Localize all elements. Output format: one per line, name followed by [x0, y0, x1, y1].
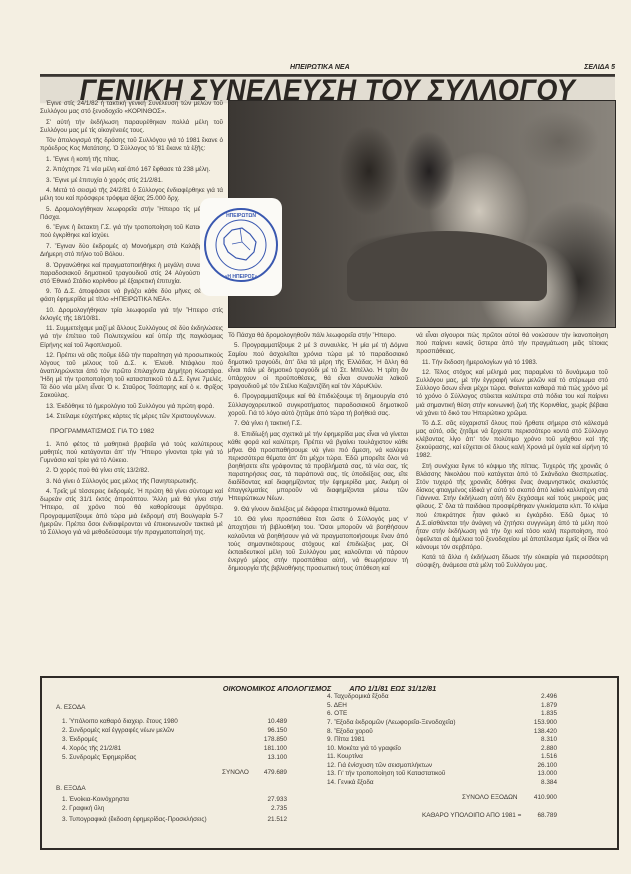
paragraph: Τόν ἀπολογισμό τῆς δράσης τοῦ Συλλόγου γ…	[40, 137, 223, 153]
report-title: ΟΙΚΟΝΟΜΙΚΟΣ ΑΠΟΛΟΓΙΣΜΟΣ	[223, 684, 331, 693]
expense-row: 9. Πίττα 1981 8.310	[327, 736, 557, 744]
article-column-2: Τό Πάσχα θά δρομολογηθοῦν πάλι λεωφορεῖα…	[228, 332, 408, 575]
list-item: 4. Μετά τό σεισμό τῆς 24/2/81 ὁ Σύλλογος…	[40, 187, 223, 203]
expense-row: 4. Ταχυδρομικά ἔξοδα 2.496	[327, 693, 557, 701]
list-item: 9. Θά γίνουν διαλέξεις μέ διάφορα ἐπιστη…	[228, 506, 408, 514]
expense-row: 13. Γι' τήν τροποποίηση τοῦ Καταστατικοῦ…	[327, 770, 557, 778]
income-row: 5. Συνδρομές Ἐφημερίδας 13.100	[62, 754, 287, 762]
list-item: 11. Τήν ἔκδοση ἡμερολογίων γιά τό 1983.	[416, 359, 608, 367]
list-item: 14. Στείλαμε εὐχετήριες κάρτες τίς μέρες…	[40, 413, 223, 421]
list-item: 8. Ἐπιδίωξή μας σχετικά μέ τήν ἐφημερίδα…	[228, 431, 408, 504]
list-item: 3. Ἔγινε μέ ἐπιτυχία ὁ χορός στίς 21/2/8…	[40, 177, 223, 185]
paragraph: Τό Δ.Σ. σᾶς εὐχαριστεῖ ὅλους πού ἤρθατε …	[416, 420, 608, 460]
financial-report-box: ΟΙΚΟΝΟΜΙΚΟΣ ΑΠΟΛΟΓΙΣΜΟΣ ΑΠΟ 1/1/81 ΕΩΣ 3…	[40, 676, 619, 850]
stamp-seal-icon: ΗΠΕΙΡΩΤΩΝ «Η ΗΠΕΙΡΟΣ»	[202, 206, 280, 284]
expense-row: 1. Ἐνοίκια-Κοινόχρηστα 27.933	[62, 796, 287, 804]
article-column-3: νά εἶναι σίγουροι πώς πρῶτοι αὐτοί θά νο…	[416, 332, 608, 573]
paragraph: Έγινε στίς 24/1/82 ή τακτική γενική Συνέ…	[40, 100, 223, 116]
list-item: 10. Δρομολογήθηκαν τρία λεωφορεῖα γιά τή…	[40, 307, 223, 323]
expense-row: 5. ΔΕΗ 1.879	[327, 702, 557, 710]
svg-text:ΗΠΕΙΡΩΤΩΝ: ΗΠΕΙΡΩΤΩΝ	[226, 213, 256, 219]
balance-row: ΚΑΘΑΡΟ ΥΠΟΛΟΙΠΟ ΑΠΟ 1981 = 68.789	[422, 812, 557, 820]
list-item: 9. Τό Δ.Σ. ἀποφάσισε νά βγάζει κάθε δύο …	[40, 288, 223, 304]
svg-text:«Η ΗΠΕΙΡΟΣ»: «Η ΗΠΕΙΡΟΣ»	[225, 274, 258, 280]
list-item: 1. Ἔγινε ἡ κοπή τῆς πίτας.	[40, 156, 223, 164]
list-item: 2. Ἀπόχτησε 71 νέα μέλη καί ἀπό 167 ἔφθα…	[40, 166, 223, 174]
expense-row: 10. Μοκέτα γιά τό γραφεῖο 2.880	[327, 745, 557, 753]
income-heading: Α. ΕΣΟΔΑ	[56, 704, 85, 711]
expense-row: 14. Γενικά ἔξοδα 8.384	[327, 779, 557, 787]
expense-row: 8. Ἔξοδα χοροῦ 138.420	[327, 728, 557, 736]
list-item: 11. Συμμετείχαμε μαζί μέ ἄλλους Συλλόγου…	[40, 325, 223, 349]
report-period: ΑΠΟ 1/1/81 ΕΩΣ 31/12/81	[349, 684, 436, 693]
paragraph: νά εἶναι σίγουροι πώς πρῶτοι αὐτοί θά νο…	[416, 332, 608, 356]
income-row: 2. Συνδρομές καί ἐγγραφές νέων μελῶν 96.…	[62, 727, 287, 735]
list-item: 5. Δρομολογήθηκαν λεωφορεῖα στήν Ἤπειρο …	[40, 206, 223, 222]
expense-row: 7. Ἔξοδα ἐκδρομῶν (Λεωφορεῖα-Ξενοδοχεῖα)…	[327, 719, 557, 727]
income-row: 3. Ἐκδρομές 178.850	[62, 736, 287, 744]
page-number: ΣΕΛΙΔΑ 5	[584, 64, 615, 71]
financial-report-title: ΟΙΚΟΝΟΜΙΚΟΣ ΑΠΟΛΟΓΙΣΜΟΣ ΑΠΟ 1/1/81 ΕΩΣ 3…	[42, 684, 617, 693]
income-row: 1. Ὑπόλοιπο καθαρό διαχειρ. ἔτους 1980 1…	[62, 718, 287, 726]
paragraph: Κατά τά ἄλλα ἡ ἐκδήλωση ἔδωσε τήν εὐκαιρ…	[416, 554, 608, 570]
association-stamp: ΗΠΕΙΡΩΤΩΝ «Η ΗΠΕΙΡΟΣ»	[200, 198, 282, 296]
event-photo	[228, 100, 616, 328]
list-item: 5. Προγραμματίζουμε 2 μέ 3 συναυλίες. Ἡ …	[228, 342, 408, 391]
list-item: 8. Ὀργανώθηκε καί πραγματοποιήθηκε ἡ μεγ…	[40, 262, 223, 286]
article-column-1: Έγινε στίς 24/1/82 ή τακτική γενική Συνέ…	[40, 100, 223, 539]
list-item: 7. Ἔγιναν δύο ἐκδρομές α) Μονοήμερη στά …	[40, 243, 223, 259]
list-item: 2. Ὁ χορός πού θά γίνει στίς 13/2/82.	[40, 467, 223, 475]
photo-table-shape	[347, 231, 547, 301]
expense-row: 2. Γραφική ὕλη 2.735	[62, 805, 287, 813]
expense-row: 12. Γιά ἐνίσχυση τῶν σεισμοπλήκτων 26.10…	[327, 762, 557, 770]
list-item: 6. Προγραμματίζουμε καί θά ἐπιδιώξουμε τ…	[228, 393, 408, 417]
expense-row: 3. Τυπογραφικά (ἔκδοση ἐφημερίδας-Προσκλ…	[62, 816, 287, 824]
paragraph: Σ' αὐτή τήν ἐκδήλωση παραυρέθηκαν πολλά …	[40, 119, 223, 135]
list-item: 12. Τέλος στόχος καί μέλημά μας παραμένε…	[416, 369, 608, 418]
expense-heading: Β. ΕΞΟΔΑ	[56, 785, 86, 792]
newspaper-name: ΗΠΕΙΡΩΤΙΚΑ ΝΕΑ	[290, 64, 350, 71]
list-item: 3. Νά γίνει ὁ Σύλλογός μας μέλος τῆς Παν…	[40, 478, 223, 486]
list-item: 4. Τρεῖς μέ τέσσερεις ἐκδρομές. Ἡ πρώτη …	[40, 488, 223, 537]
list-item: 12. Πρέπει νά σᾶς ποῦμε ἐδῶ τήν παραίτησ…	[40, 352, 223, 401]
expense-row: 6. ΟΤΕ 1.835	[327, 710, 557, 718]
list-item: 6. Ἔγινε ἡ ἔκτακτη Γ.Σ. γιά τήν τροποποί…	[40, 224, 223, 240]
expense-row: 11. Κουρτίνα 1.516	[327, 753, 557, 761]
expense-total-row: ΣΥΝΟΛΟ ΕΞΟΔΩΝ 410.900	[462, 794, 557, 802]
list-item: 1. Ἀπό φέτος τά μαθητικά βραβεῖα γιά τού…	[40, 441, 223, 465]
income-row: 4. Χορός τῆς 21/2/81 181.100	[62, 745, 287, 753]
paragraph: Τό Πάσχα θά δρομολογηθοῦν πάλι λεωφορεῖα…	[228, 332, 408, 340]
newspaper-page: ΗΠΕΙΡΩΤΙΚΑ ΝΕΑ ΣΕΛΙΔΑ 5 ΓΕΝΙΚΗ ΣΥΝΕΛΕΥΣΗ…	[0, 0, 631, 874]
list-item: 10. Θά γίνει προσπάθεια ἔτσι ὥστε ὁ Σύλλ…	[228, 516, 408, 573]
paragraph: Στή συνέχεια ἔγινε τό κόψιμο τῆς πίττας.…	[416, 463, 608, 552]
program-heading: ΠΡΟΓΡΑΜΜΑΤΙΣΜΟΣ ΓΙΑ ΤΟ 1982	[50, 428, 223, 436]
list-item: 7. Θά γίνει ἡ τακτική Γ.Σ.	[228, 420, 408, 428]
income-total-row: ΣΥΝΟΛΟ 479.689	[222, 769, 287, 777]
list-item: 13. Ἐκδόθηκε τό ἡμερολόγιο τοῦ Συλλόγου …	[40, 403, 223, 411]
